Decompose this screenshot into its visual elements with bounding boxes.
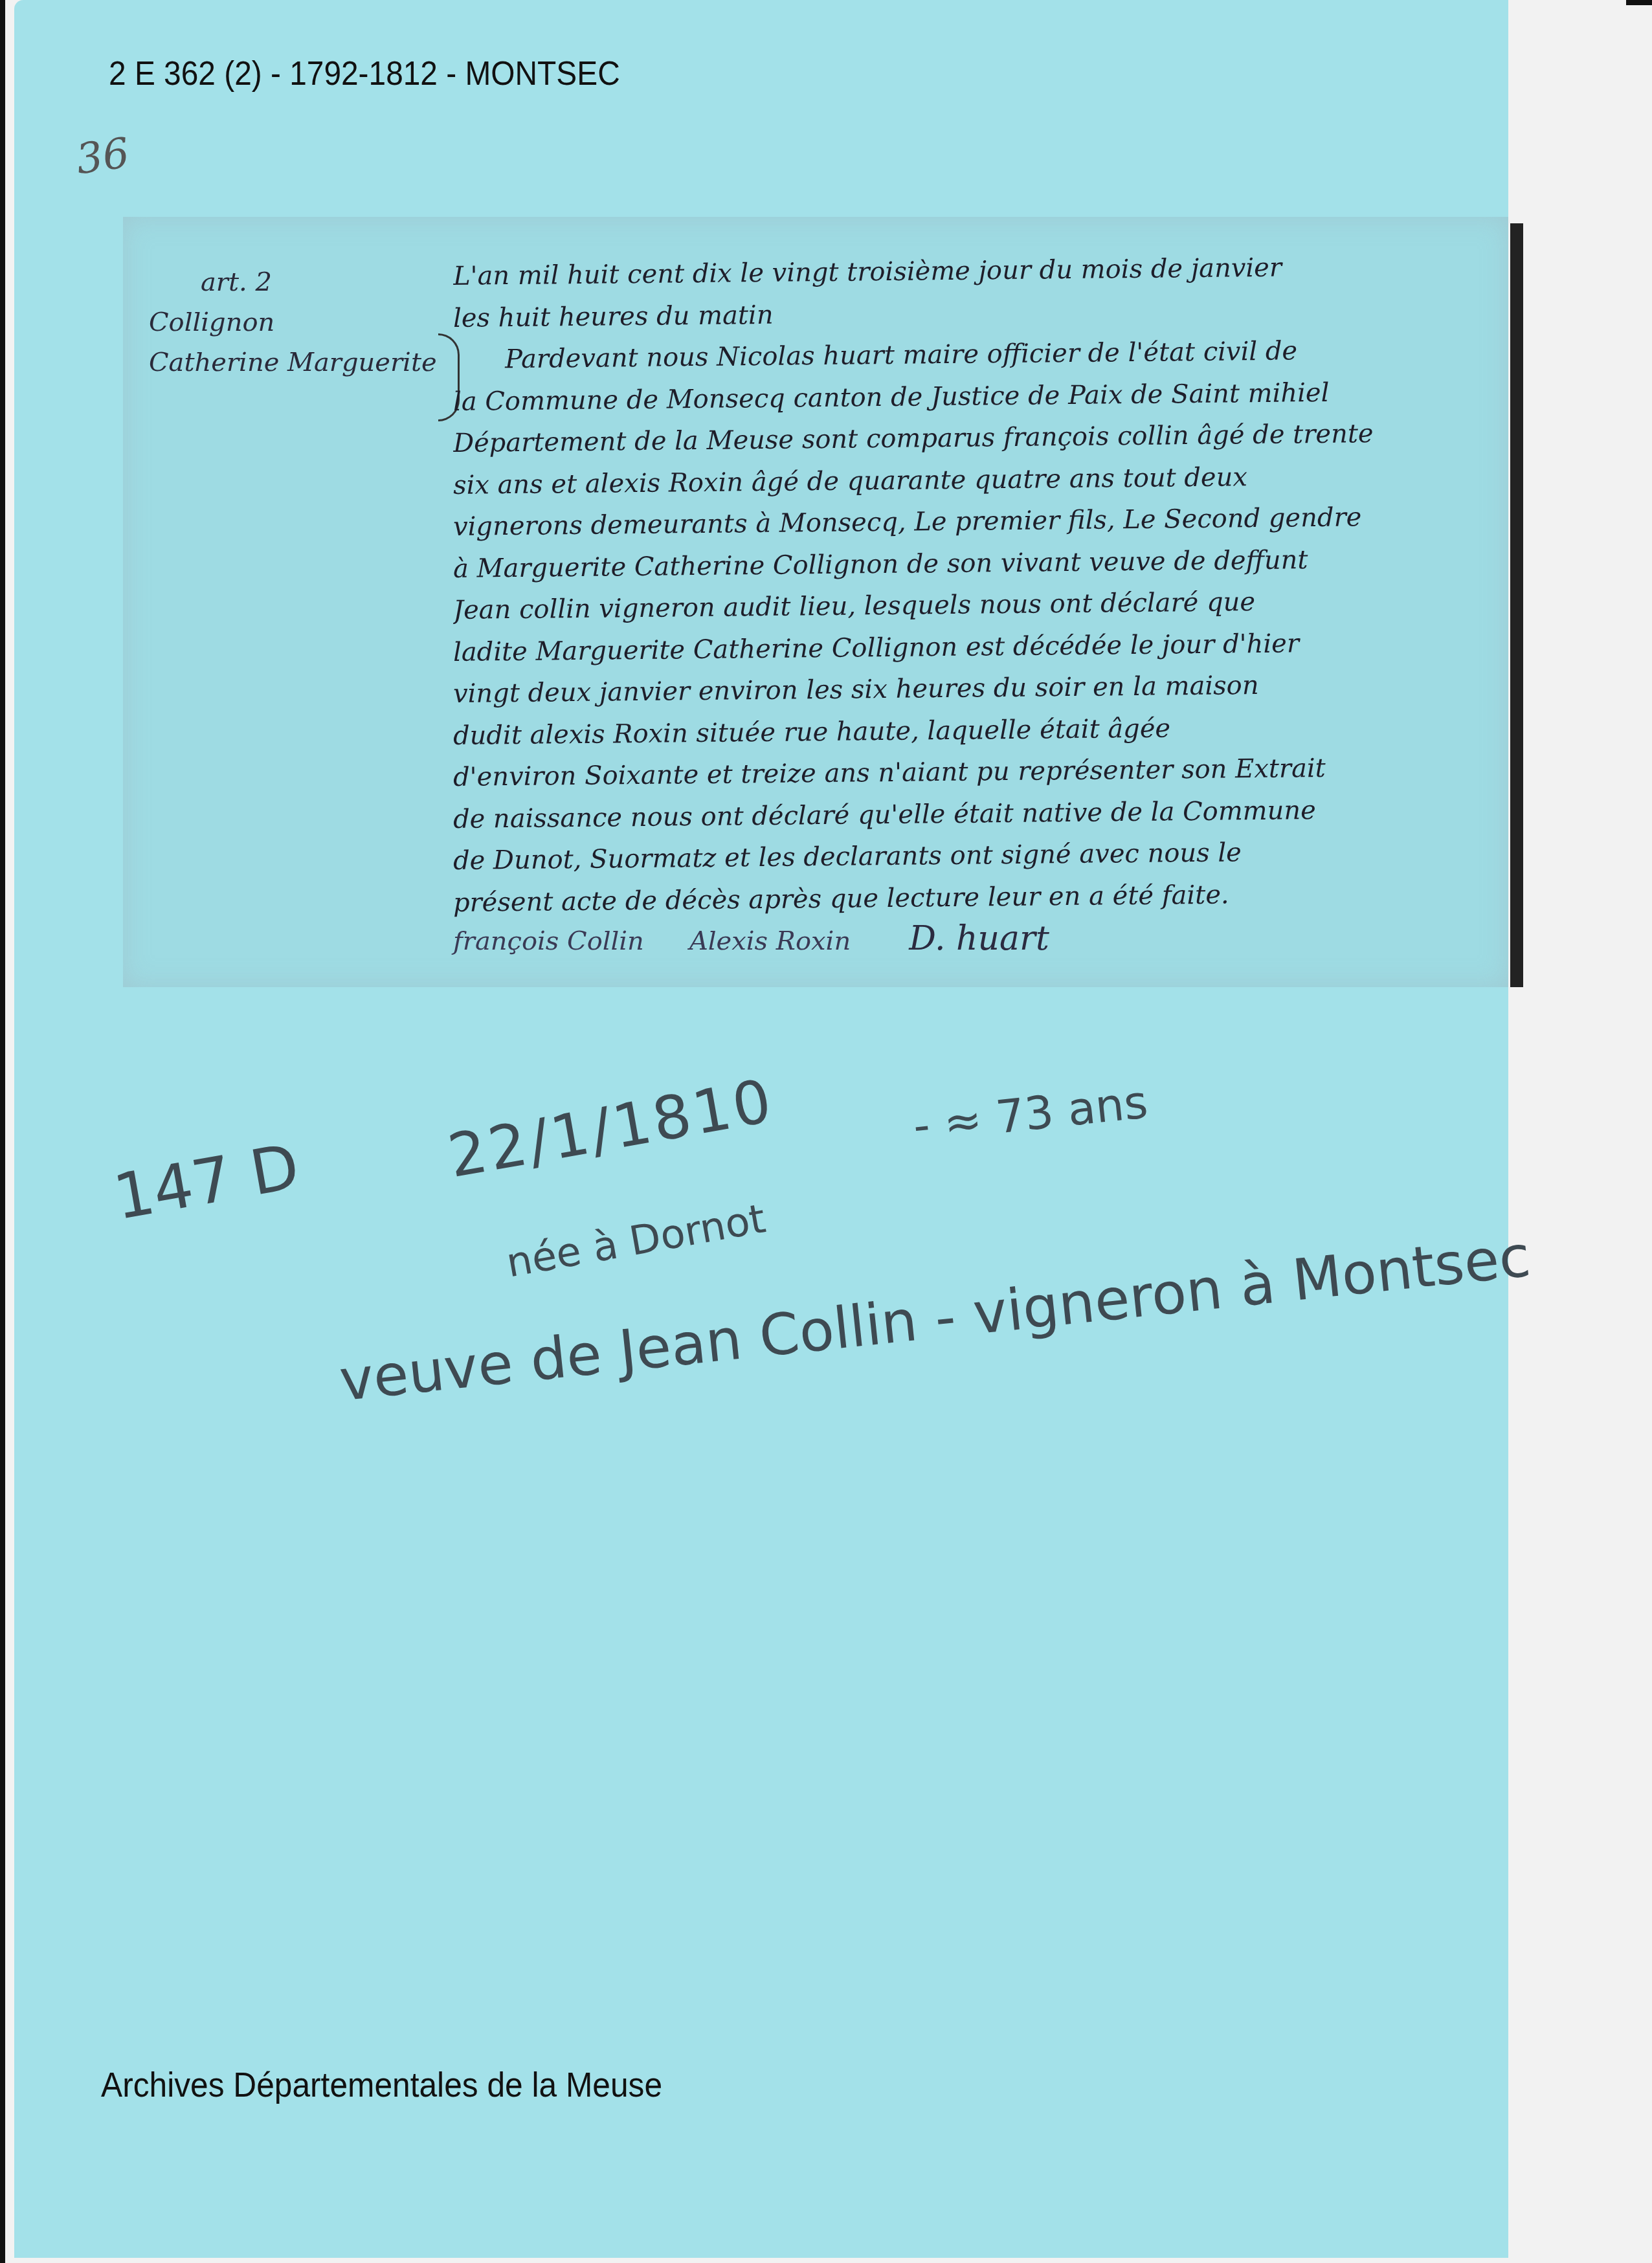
scan-edge-left	[0, 0, 5, 2263]
archive-reference: 2 E 362 (2) - 1792-1812 - MONTSEC	[109, 54, 620, 93]
margin-given-names: Catherine Marguerite	[149, 342, 460, 383]
register-margin-rule	[1510, 223, 1523, 987]
margin-article: art. 2	[149, 262, 460, 302]
margin-note: art. 2 Collignon Catherine Marguerite	[149, 262, 460, 383]
signature-mayor: D. huart	[909, 919, 1049, 958]
signatures: françois Collin Alexis Roxin D. huart	[453, 919, 1502, 958]
signature-declarant-1: françois Collin	[453, 926, 644, 956]
margin-surname: Collignon	[149, 302, 460, 342]
folio-number: 36	[73, 129, 132, 184]
death-act-text: L'an mil huit cent dix le vingt troisièm…	[453, 256, 1502, 924]
scan-edge-top-right	[1626, 0, 1652, 5]
archives-footer: Archives Départementales de la Meuse	[101, 2065, 662, 2105]
signature-declarant-2: Alexis Roxin	[689, 926, 851, 956]
